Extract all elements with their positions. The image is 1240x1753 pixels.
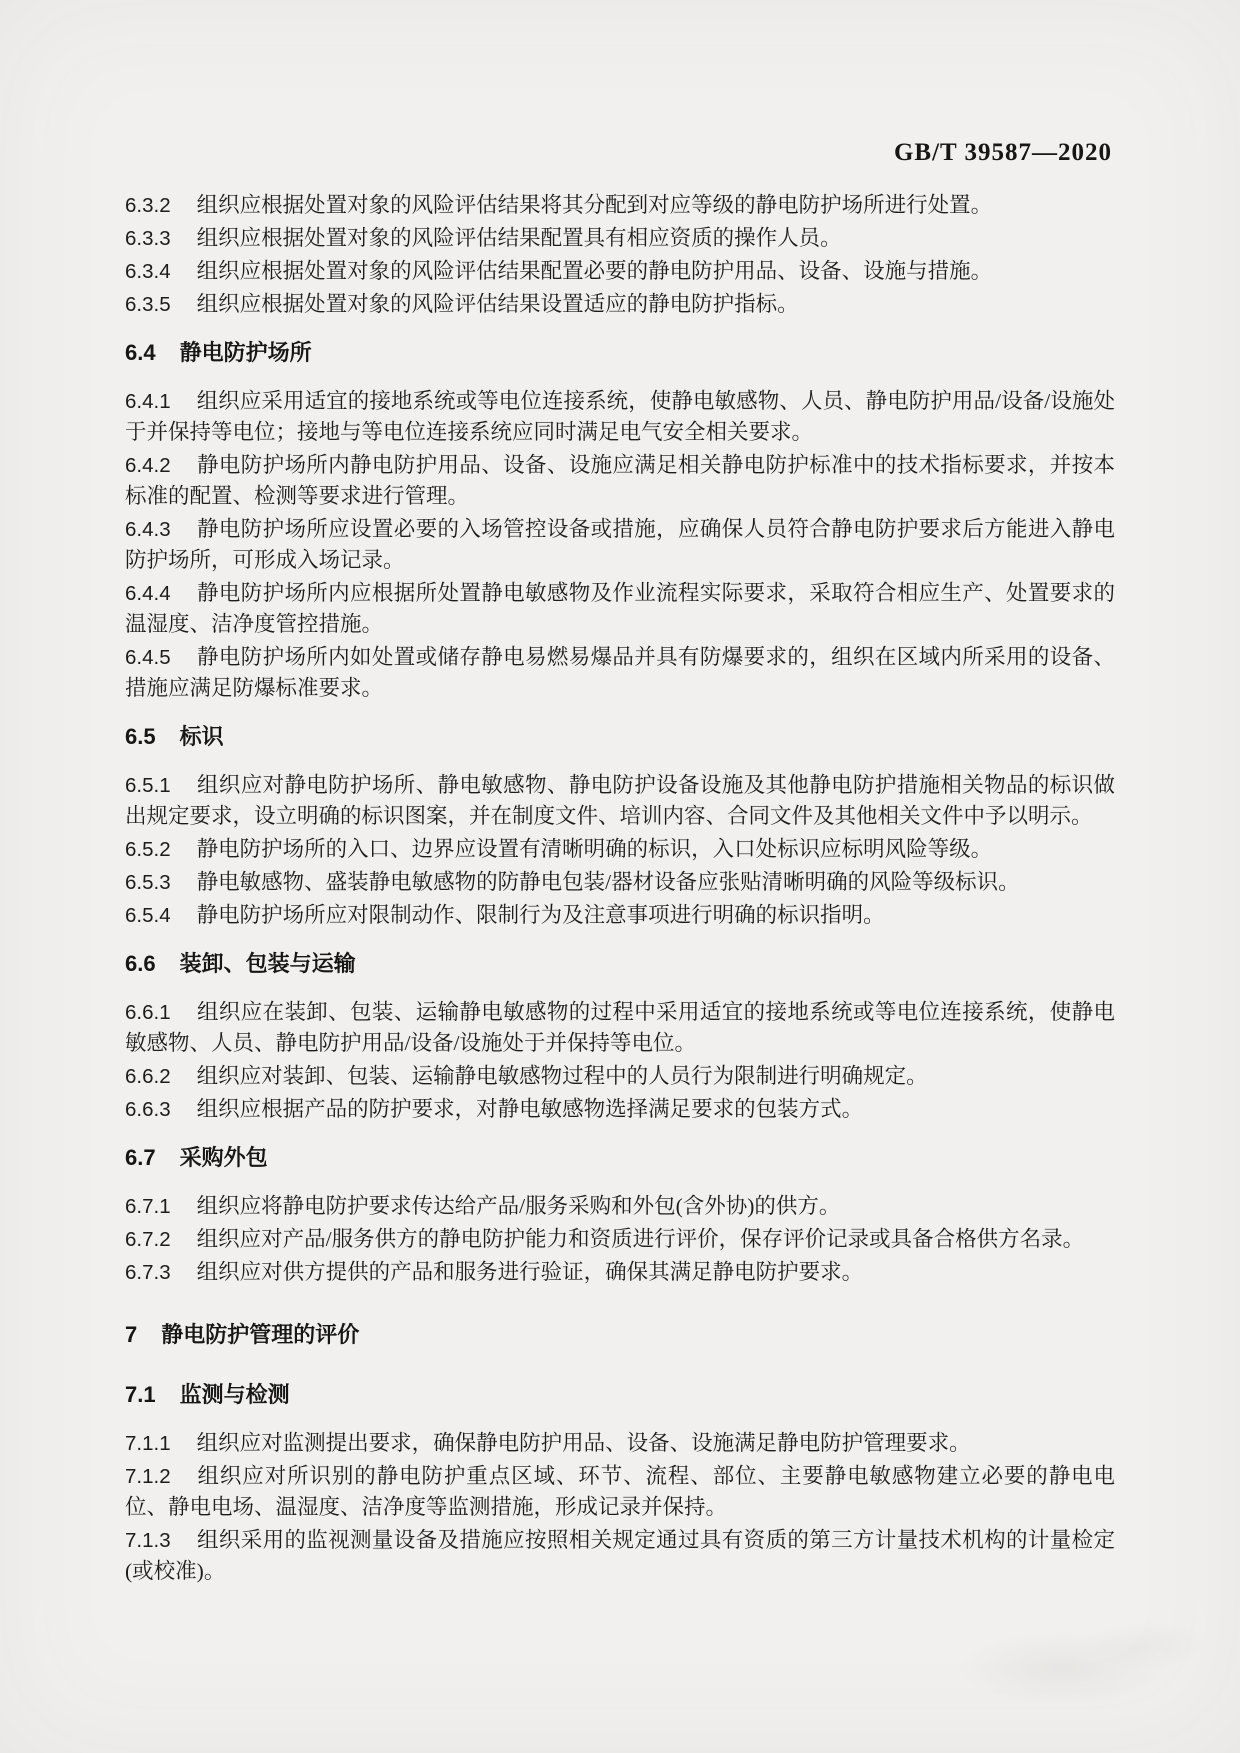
clause-number: 6.3.4 <box>125 260 171 283</box>
clause-number: 6.5.1 <box>125 774 171 797</box>
scan-smudge-watermark <box>880 1578 1210 1728</box>
clause-number: 6.4.4 <box>125 582 171 605</box>
clause-number: 6.4.3 <box>125 518 171 541</box>
clause-6.6.3: 6.6.3组织应根据产品的防护要求，对静电敏感物选择满足要求的包装方式。 <box>125 1094 1115 1125</box>
clause-number: 6.6.3 <box>125 1098 171 1121</box>
clause-6.5.4: 6.5.4静电防护场所应对限制动作、限制行为及注意事项进行明确的标识指明。 <box>125 900 1115 931</box>
clause-6.4.5: 6.4.5静电防护场所内如处置或储存静电易燃易爆品并具有防爆要求的，组织在区域内… <box>125 642 1115 704</box>
clause-number: 6.6 <box>125 951 156 976</box>
clause-text: 标识 <box>180 724 224 749</box>
clause-text: 静电防护场所应对限制动作、限制行为及注意事项进行明确的标识指明。 <box>197 903 885 927</box>
heading-6.7: 6.7采购外包 <box>125 1142 1115 1173</box>
clause-number: 6.3.2 <box>125 194 171 217</box>
clause-text: 组织应根据处置对象的风险评估结果将其分配到对应等级的静电防护场所进行处置。 <box>197 193 993 217</box>
clause-number: 7.1 <box>125 1382 156 1407</box>
clause-6.5.1: 6.5.1组织应对静电防护场所、静电敏感物、静电防护设备设施及其他静电防护措施相… <box>125 770 1115 832</box>
heading-6.4: 6.4静电防护场所 <box>125 337 1115 368</box>
clause-6.6.1: 6.6.1组织应在装卸、包装、运输静电敏感物的过程中采用适宜的接地系统或等电位连… <box>125 997 1115 1059</box>
clause-text: 组织应对供方提供的产品和服务进行验证，确保其满足静电防护要求。 <box>197 1260 864 1284</box>
clause-number: 6.6.2 <box>125 1065 171 1088</box>
clause-number: 6.5.2 <box>125 838 171 861</box>
clause-number: 6.4.2 <box>125 454 171 477</box>
clause-text: 组织应对监测提出要求，确保静电防护用品、设备、设施满足静电防护管理要求。 <box>197 1431 971 1455</box>
clause-number: 6.7 <box>125 1145 156 1170</box>
clause-text: 装卸、包装与运输 <box>180 951 356 976</box>
clause-text: 组织应将静电防护要求传达给产品/服务采购和外包(含外协)的供方。 <box>197 1194 841 1218</box>
clause-text: 静电敏感物、盛装静电敏感物的防静电包装/器材设备应张贴清晰明确的风险等级标识。 <box>197 870 1020 894</box>
clause-text: 组织应对静电防护场所、静电敏感物、静电防护设备设施及其他静电防护措施相关物品的标… <box>125 773 1115 828</box>
clause-text: 组织应根据产品的防护要求，对静电敏感物选择满足要求的包装方式。 <box>197 1097 864 1121</box>
page: { "document": { "header": "GB/T 39587—20… <box>0 0 1240 1753</box>
clause-6.3.5: 6.3.5组织应根据处置对象的风险评估结果设置适应的静电防护指标。 <box>125 289 1115 320</box>
clause-number: 6.7.3 <box>125 1261 171 1284</box>
clause-6.7.3: 6.7.3组织应对供方提供的产品和服务进行验证，确保其满足静电防护要求。 <box>125 1257 1115 1288</box>
heading-6.5: 6.5标识 <box>125 721 1115 752</box>
clause-number: 6.7.1 <box>125 1195 171 1218</box>
clause-text: 静电防护场所的入口、边界应设置有清晰明确的标识，入口处标识应标明风险等级。 <box>197 837 993 861</box>
heading-6.6: 6.6装卸、包装与运输 <box>125 948 1115 979</box>
clause-6.3.4: 6.3.4组织应根据处置对象的风险评估结果配置必要的静电防护用品、设备、设施与措… <box>125 256 1115 287</box>
clause-6.4.1: 6.4.1组织应采用适宜的接地系统或等电位连接系统，使静电敏感物、人员、静电防护… <box>125 386 1115 448</box>
clause-text: 监测与检测 <box>180 1382 290 1407</box>
document-body: 6.3.2组织应根据处置对象的风险评估结果将其分配到对应等级的静电防护场所进行处… <box>125 190 1115 1587</box>
clause-6.5.3: 6.5.3静电敏感物、盛装静电敏感物的防静电包装/器材设备应张贴清晰明确的风险等… <box>125 867 1115 898</box>
clause-6.4.3: 6.4.3静电防护场所应设置必要的入场管控设备或措施，应确保人员符合静电防护要求… <box>125 514 1115 576</box>
clause-text: 组织应对装卸、包装、运输静电敏感物过程中的人员行为限制进行明确规定。 <box>197 1064 928 1088</box>
clause-number: 6.4.1 <box>125 390 171 413</box>
heading-7.1: 7.1监测与检测 <box>125 1379 1115 1410</box>
clause-number: 6.5.4 <box>125 904 171 927</box>
clause-number: 6.7.2 <box>125 1228 171 1251</box>
clause-text: 组织应对所识别的静电防护重点区域、环节、流程、部位、主要静电敏感物建立必要的静电… <box>125 1464 1115 1519</box>
clause-6.5.2: 6.5.2静电防护场所的入口、边界应设置有清晰明确的标识，入口处标识应标明风险等… <box>125 834 1115 865</box>
clause-7.1.3: 7.1.3组织采用的监视测量设备及措施应按照相关规定通过具有资质的第三方计量技术… <box>125 1525 1115 1587</box>
heading-7: 7静电防护管理的评价 <box>125 1319 1115 1350</box>
clause-7.1.2: 7.1.2组织应对所识别的静电防护重点区域、环节、流程、部位、主要静电敏感物建立… <box>125 1461 1115 1523</box>
clause-6.4.2: 6.4.2静电防护场所内静电防护用品、设备、设施应满足相关静电防护标准中的技术指… <box>125 450 1115 512</box>
clause-number: 6.4.5 <box>125 646 171 669</box>
clause-number: 6.3.5 <box>125 293 171 316</box>
clause-text: 组织采用的监视测量设备及措施应按照相关规定通过具有资质的第三方计量技术机构的计量… <box>125 1528 1115 1583</box>
clause-6.7.1: 6.7.1组织应将静电防护要求传达给产品/服务采购和外包(含外协)的供方。 <box>125 1191 1115 1222</box>
clause-text: 组织应采用适宜的接地系统或等电位连接系统，使静电敏感物、人员、静电防护用品/设备… <box>125 389 1115 444</box>
clause-text: 采购外包 <box>180 1145 268 1170</box>
clause-text: 组织应在装卸、包装、运输静电敏感物的过程中采用适宜的接地系统或等电位连接系统，使… <box>125 1000 1115 1055</box>
clause-7.1.1: 7.1.1组织应对监测提出要求，确保静电防护用品、设备、设施满足静电防护管理要求… <box>125 1428 1115 1459</box>
clause-6.6.2: 6.6.2组织应对装卸、包装、运输静电敏感物过程中的人员行为限制进行明确规定。 <box>125 1061 1115 1092</box>
clause-text: 组织应根据处置对象的风险评估结果配置必要的静电防护用品、设备、设施与措施。 <box>197 259 993 283</box>
clause-text: 组织应对产品/服务供方的静电防护能力和资质进行评价，保存评价记录或具备合格供方名… <box>197 1227 1084 1251</box>
clause-text: 组织应根据处置对象的风险评估结果配置具有相应资质的操作人员。 <box>197 226 842 250</box>
clause-number: 6.5 <box>125 724 156 749</box>
clause-text: 静电防护管理的评价 <box>161 1322 359 1347</box>
clause-text: 组织应根据处置对象的风险评估结果设置适应的静电防护指标。 <box>197 292 799 316</box>
clause-6.3.2: 6.3.2组织应根据处置对象的风险评估结果将其分配到对应等级的静电防护场所进行处… <box>125 190 1115 221</box>
clause-text: 静电防护场所内静电防护用品、设备、设施应满足相关静电防护标准中的技术指标要求，并… <box>125 453 1115 508</box>
clause-text: 静电防护场所应设置必要的入场管控设备或措施，应确保人员符合静电防护要求后方能进入… <box>125 517 1115 572</box>
clause-number: 6.4 <box>125 340 156 365</box>
clause-6.3.3: 6.3.3组织应根据处置对象的风险评估结果配置具有相应资质的操作人员。 <box>125 223 1115 254</box>
clause-text: 静电防护场所 <box>180 340 312 365</box>
clause-number: 6.5.3 <box>125 871 171 894</box>
clause-number: 7.1.2 <box>125 1465 171 1488</box>
clause-number: 6.6.1 <box>125 1001 171 1024</box>
clause-number: 7 <box>125 1322 137 1347</box>
clause-6.7.2: 6.7.2组织应对产品/服务供方的静电防护能力和资质进行评价，保存评价记录或具备… <box>125 1224 1115 1255</box>
clause-number: 7.1.1 <box>125 1432 171 1455</box>
clause-6.4.4: 6.4.4静电防护场所内应根据所处置静电敏感物及作业流程实际要求，采取符合相应生… <box>125 578 1115 640</box>
clause-number: 7.1.3 <box>125 1529 171 1552</box>
clause-number: 6.3.3 <box>125 227 171 250</box>
clause-text: 静电防护场所内应根据所处置静电敏感物及作业流程实际要求，采取符合相应生产、处置要… <box>125 581 1115 636</box>
clause-text: 静电防护场所内如处置或储存静电易燃易爆品并具有防爆要求的，组织在区域内所采用的设… <box>125 645 1115 700</box>
standard-number-header: GB/T 39587—2020 <box>125 140 1112 166</box>
scanned-standard-page: GB/T 39587—2020 6.3.2组织应根据处置对象的风险评估结果将其分… <box>0 0 1240 1753</box>
